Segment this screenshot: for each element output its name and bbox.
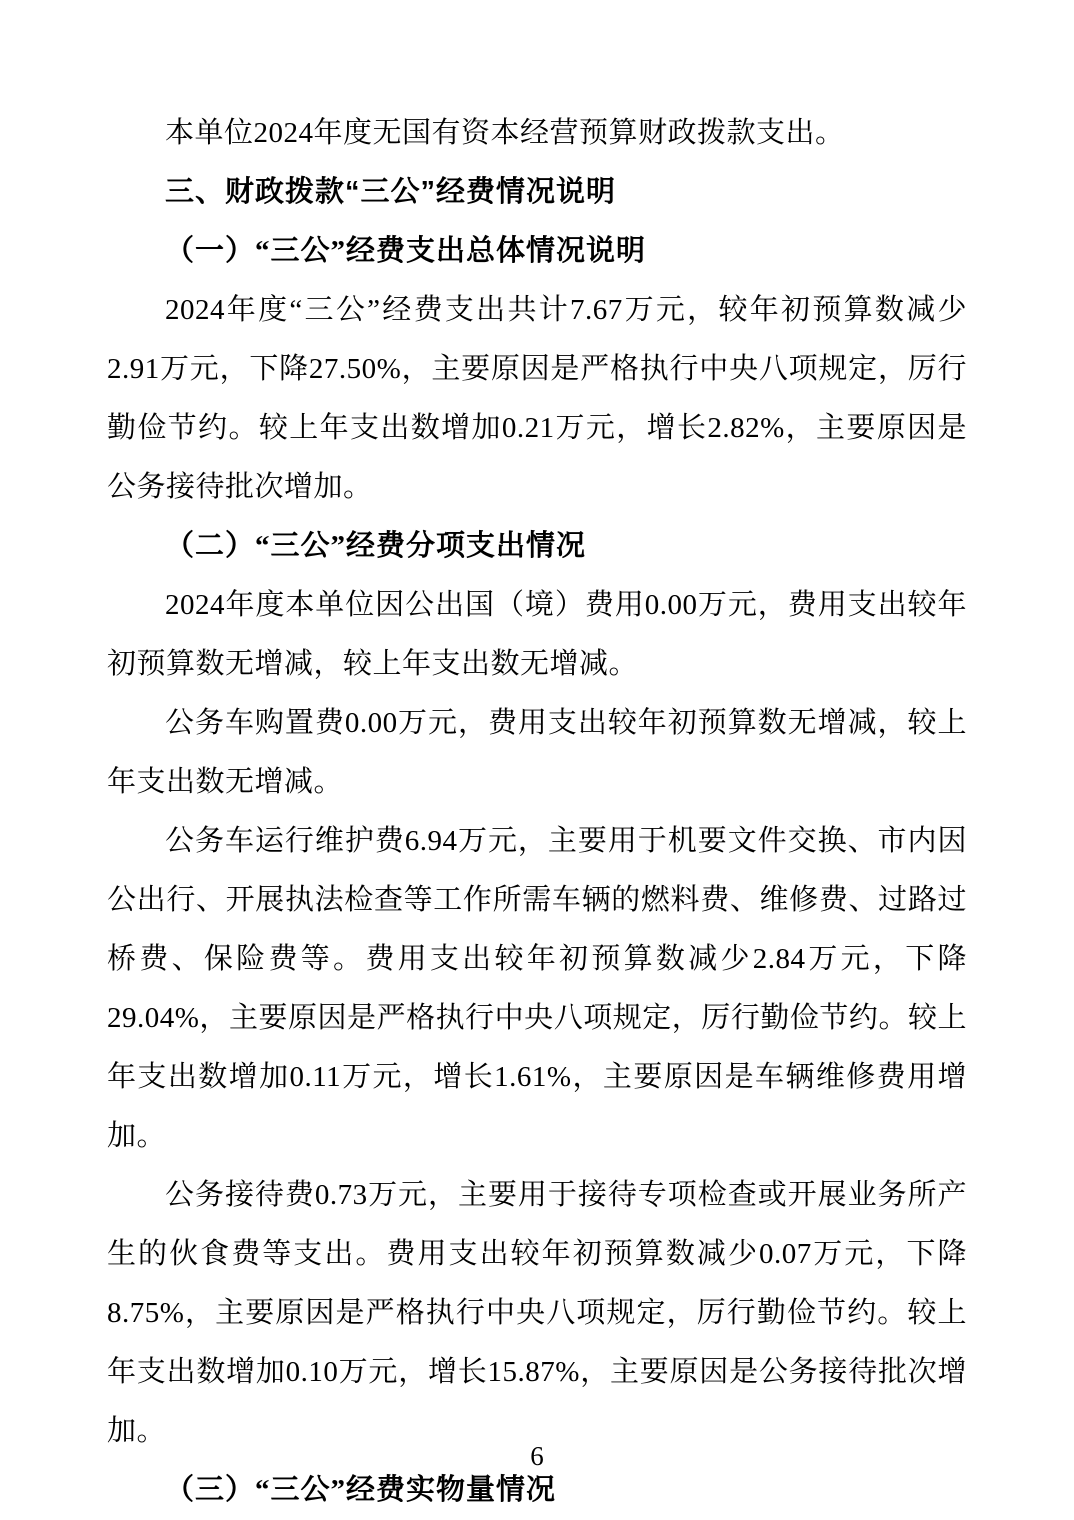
paragraph-overseas-travel-expense: 2024年度本单位因公出国（境）费用0.00万元，费用支出较年初预算数无增减，较… xyxy=(107,576,967,694)
document-content: 本单位2024年度无国有资本经营预算财政拨款支出。 三、财政拨款“三公”经费情况… xyxy=(107,104,967,1520)
page-number: 6 xyxy=(530,1441,544,1471)
paragraph-overall-expenditure-detail: 2024年度“三公”经费支出共计7.67万元，较年初预算数减少2.91万元，下降… xyxy=(107,281,967,517)
subsection-heading-itemized-expenditure: （二）“三公”经费分项支出情况 xyxy=(107,517,967,576)
paragraph-official-reception-expense: 公务接待费0.73万元，主要用于接待专项检查或开展业务所产生的伙食费等支出。费用… xyxy=(107,1166,967,1461)
paragraph-vehicle-operation-expense: 公务车运行维护费6.94万元，主要用于机要文件交换、市内因公出行、开展执法检查等… xyxy=(107,812,967,1166)
paragraph-no-state-capital-expenditure: 本单位2024年度无国有资本经营预算财政拨款支出。 xyxy=(107,104,967,163)
page-footer: 6 xyxy=(0,1436,1074,1476)
subsection-heading-overall-expenditure: （一）“三公”经费支出总体情况说明 xyxy=(107,222,967,281)
section-heading-three-public-funds: 三、财政拨款“三公”经费情况说明 xyxy=(107,163,967,222)
document-page: 本单位2024年度无国有资本经营预算财政拨款支出。 三、财政拨款“三公”经费情况… xyxy=(0,0,1074,1520)
paragraph-vehicle-purchase-expense: 公务车购置费0.00万元，费用支出较年初预算数无增减，较上年支出数无增减。 xyxy=(107,694,967,812)
